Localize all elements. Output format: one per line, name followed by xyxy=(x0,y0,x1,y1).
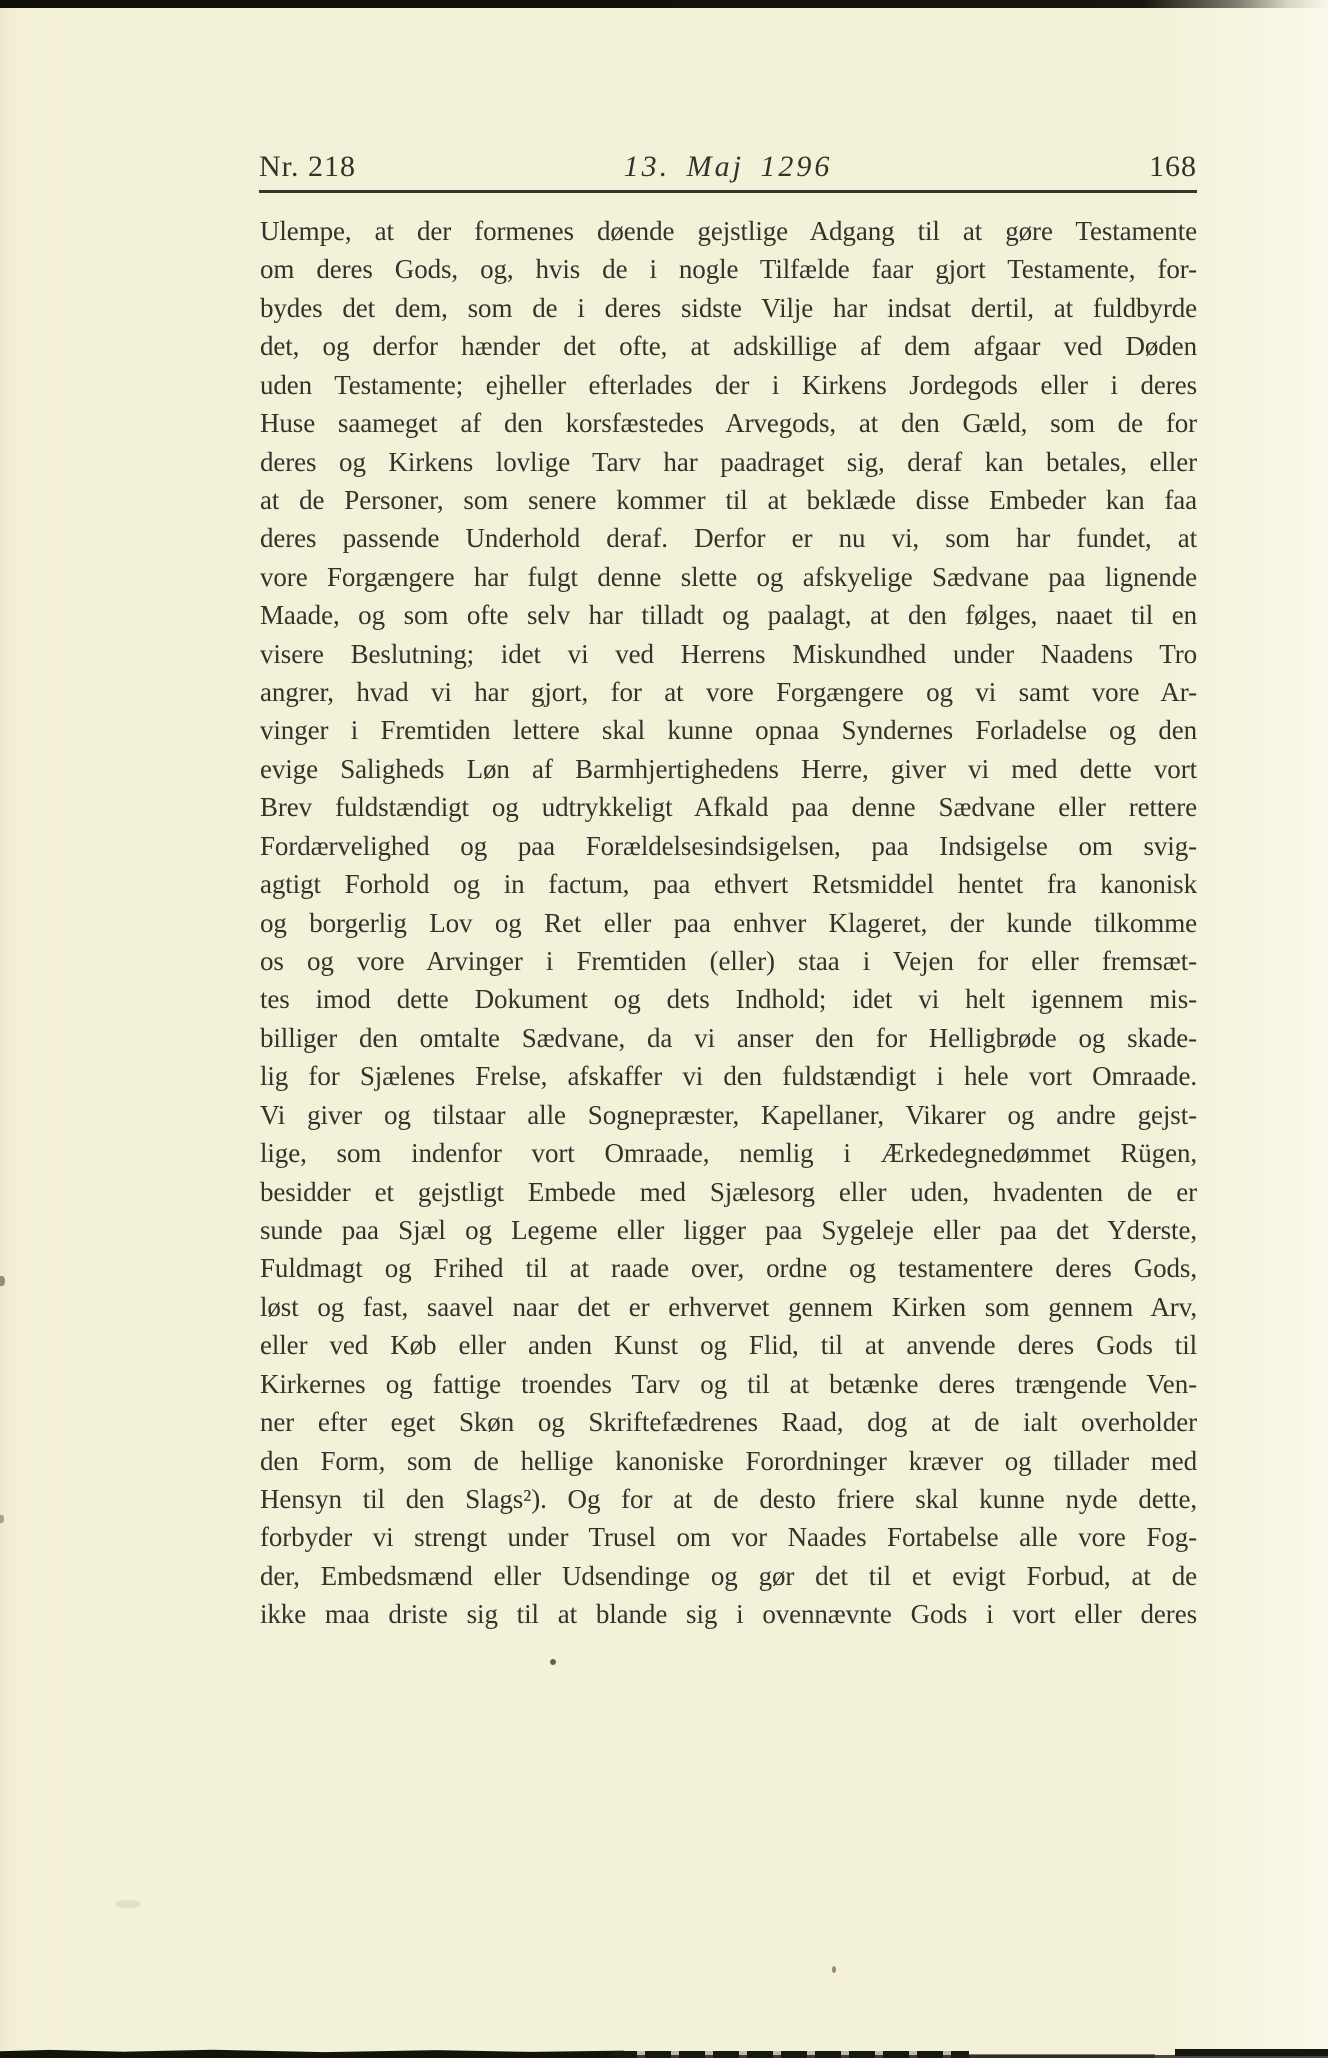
scan-speck xyxy=(832,1966,836,1973)
text-line: evige Saligheds Løn af Barmhjertighedens… xyxy=(260,750,1197,788)
text-line: deres og Kirkens lovlige Tarv har paadra… xyxy=(260,443,1197,481)
text-line: vore Forgængere har fulgt denne slette o… xyxy=(260,558,1197,596)
body-text: Ulempe, at der formenes døende gejstlige… xyxy=(260,212,1197,1634)
ink-dot-artifact xyxy=(550,1659,556,1665)
text-line: tes imod dette Dokument og dets Indhold;… xyxy=(260,980,1197,1018)
text-line: Fuldmagt og Frihed til at raade over, or… xyxy=(260,1249,1197,1287)
text-line: at de Personer, som senere kommer til at… xyxy=(260,481,1197,519)
text-line: Hensyn til den Slags²). Og for at de des… xyxy=(260,1480,1197,1518)
page-top-scan-edge xyxy=(0,0,1328,8)
text-line: der, Embedsmænd eller Udsendinge og gør … xyxy=(260,1557,1197,1595)
text-line: om deres Gods, og, hvis de i nogle Tilfæ… xyxy=(260,250,1197,288)
header-rule xyxy=(259,190,1197,193)
scan-speck xyxy=(0,1515,4,1523)
text-line: Vi giver og tilstaar alle Sognepræster, … xyxy=(260,1096,1197,1134)
text-line: lige, som indenfor vort Omraade, nemlig … xyxy=(260,1134,1197,1172)
text-line: vinger i Fremtiden lettere skal kunne op… xyxy=(260,711,1197,749)
text-line: forbyder vi strengt under Trusel om vor … xyxy=(260,1518,1197,1556)
text-line: angrer, hvad vi har gjort, for at vore F… xyxy=(260,673,1197,711)
text-line: løst og fast, saavel naar det er erhverv… xyxy=(260,1288,1197,1326)
page-number: 168 xyxy=(1149,146,1197,188)
text-line: det, og derfor hænder det ofte, at adski… xyxy=(260,327,1197,365)
text-line: Maade, og som ofte selv har tilladt og p… xyxy=(260,596,1197,634)
scan-edge-segment xyxy=(1175,2049,1328,2056)
text-line: visere Beslutning; idet vi ved Herrens M… xyxy=(260,635,1197,673)
text-line: besidder et gejstligt Embede med Sjæleso… xyxy=(260,1173,1197,1211)
text-line: Huse saameget af den korsfæstedes Arvego… xyxy=(260,404,1197,442)
text-line: Ulempe, at der formenes døende gejstlige… xyxy=(260,212,1197,250)
text-line: uden Testamente; ejheller efterlades der… xyxy=(260,366,1197,404)
page-header: Nr. 218 13. Maj 1296 168 xyxy=(259,146,1197,188)
scan-edge-segment xyxy=(956,2054,1155,2058)
text-line: Brev fuldstændigt og udtrykkeligt Afkald… xyxy=(260,788,1197,826)
text-line: billiger den omtalte Sædvane, da vi anse… xyxy=(260,1019,1197,1057)
text-line: ikke maa driste sig til at blande sig i … xyxy=(260,1595,1197,1633)
text-line: og borgerlig Lov og Ret eller paa enhver… xyxy=(260,904,1197,942)
scan-edge-segment xyxy=(0,2049,624,2058)
text-line: eller ved Køb eller anden Kunst og Flid,… xyxy=(260,1326,1197,1364)
scan-speck xyxy=(0,1276,5,1286)
text-line: Kirkernes og fattige troendes Tarv og ti… xyxy=(260,1365,1197,1403)
text-line: deres passende Underhold deraf. Derfor e… xyxy=(260,519,1197,557)
text-line: lig for Sjælenes Frelse, afskaffer vi de… xyxy=(260,1057,1197,1095)
page-bottom-scan-edge xyxy=(0,2042,1328,2058)
scan-smudge xyxy=(115,1900,141,1908)
book-page-scan: Nr. 218 13. Maj 1296 168 Ulempe, at der … xyxy=(0,0,1328,2058)
document-date: 13. Maj 1296 xyxy=(259,146,1197,188)
text-line: Fordærvelighed og paa Forældelsesindsige… xyxy=(260,827,1197,865)
text-line: sunde paa Sjæl og Legeme eller ligger pa… xyxy=(260,1211,1197,1249)
text-line: bydes det dem, som de i deres sidste Vil… xyxy=(260,289,1197,327)
scan-edge-segment xyxy=(611,2051,970,2058)
text-line: os og vore Arvinger i Fremtiden (eller) … xyxy=(260,942,1197,980)
text-line: agtigt Forhold og in factum, paa ethvert… xyxy=(260,865,1197,903)
text-line: den Form, som de hellige kanoniske Foror… xyxy=(260,1442,1197,1480)
text-line: ner efter eget Skøn og Skriftefædrenes R… xyxy=(260,1403,1197,1441)
